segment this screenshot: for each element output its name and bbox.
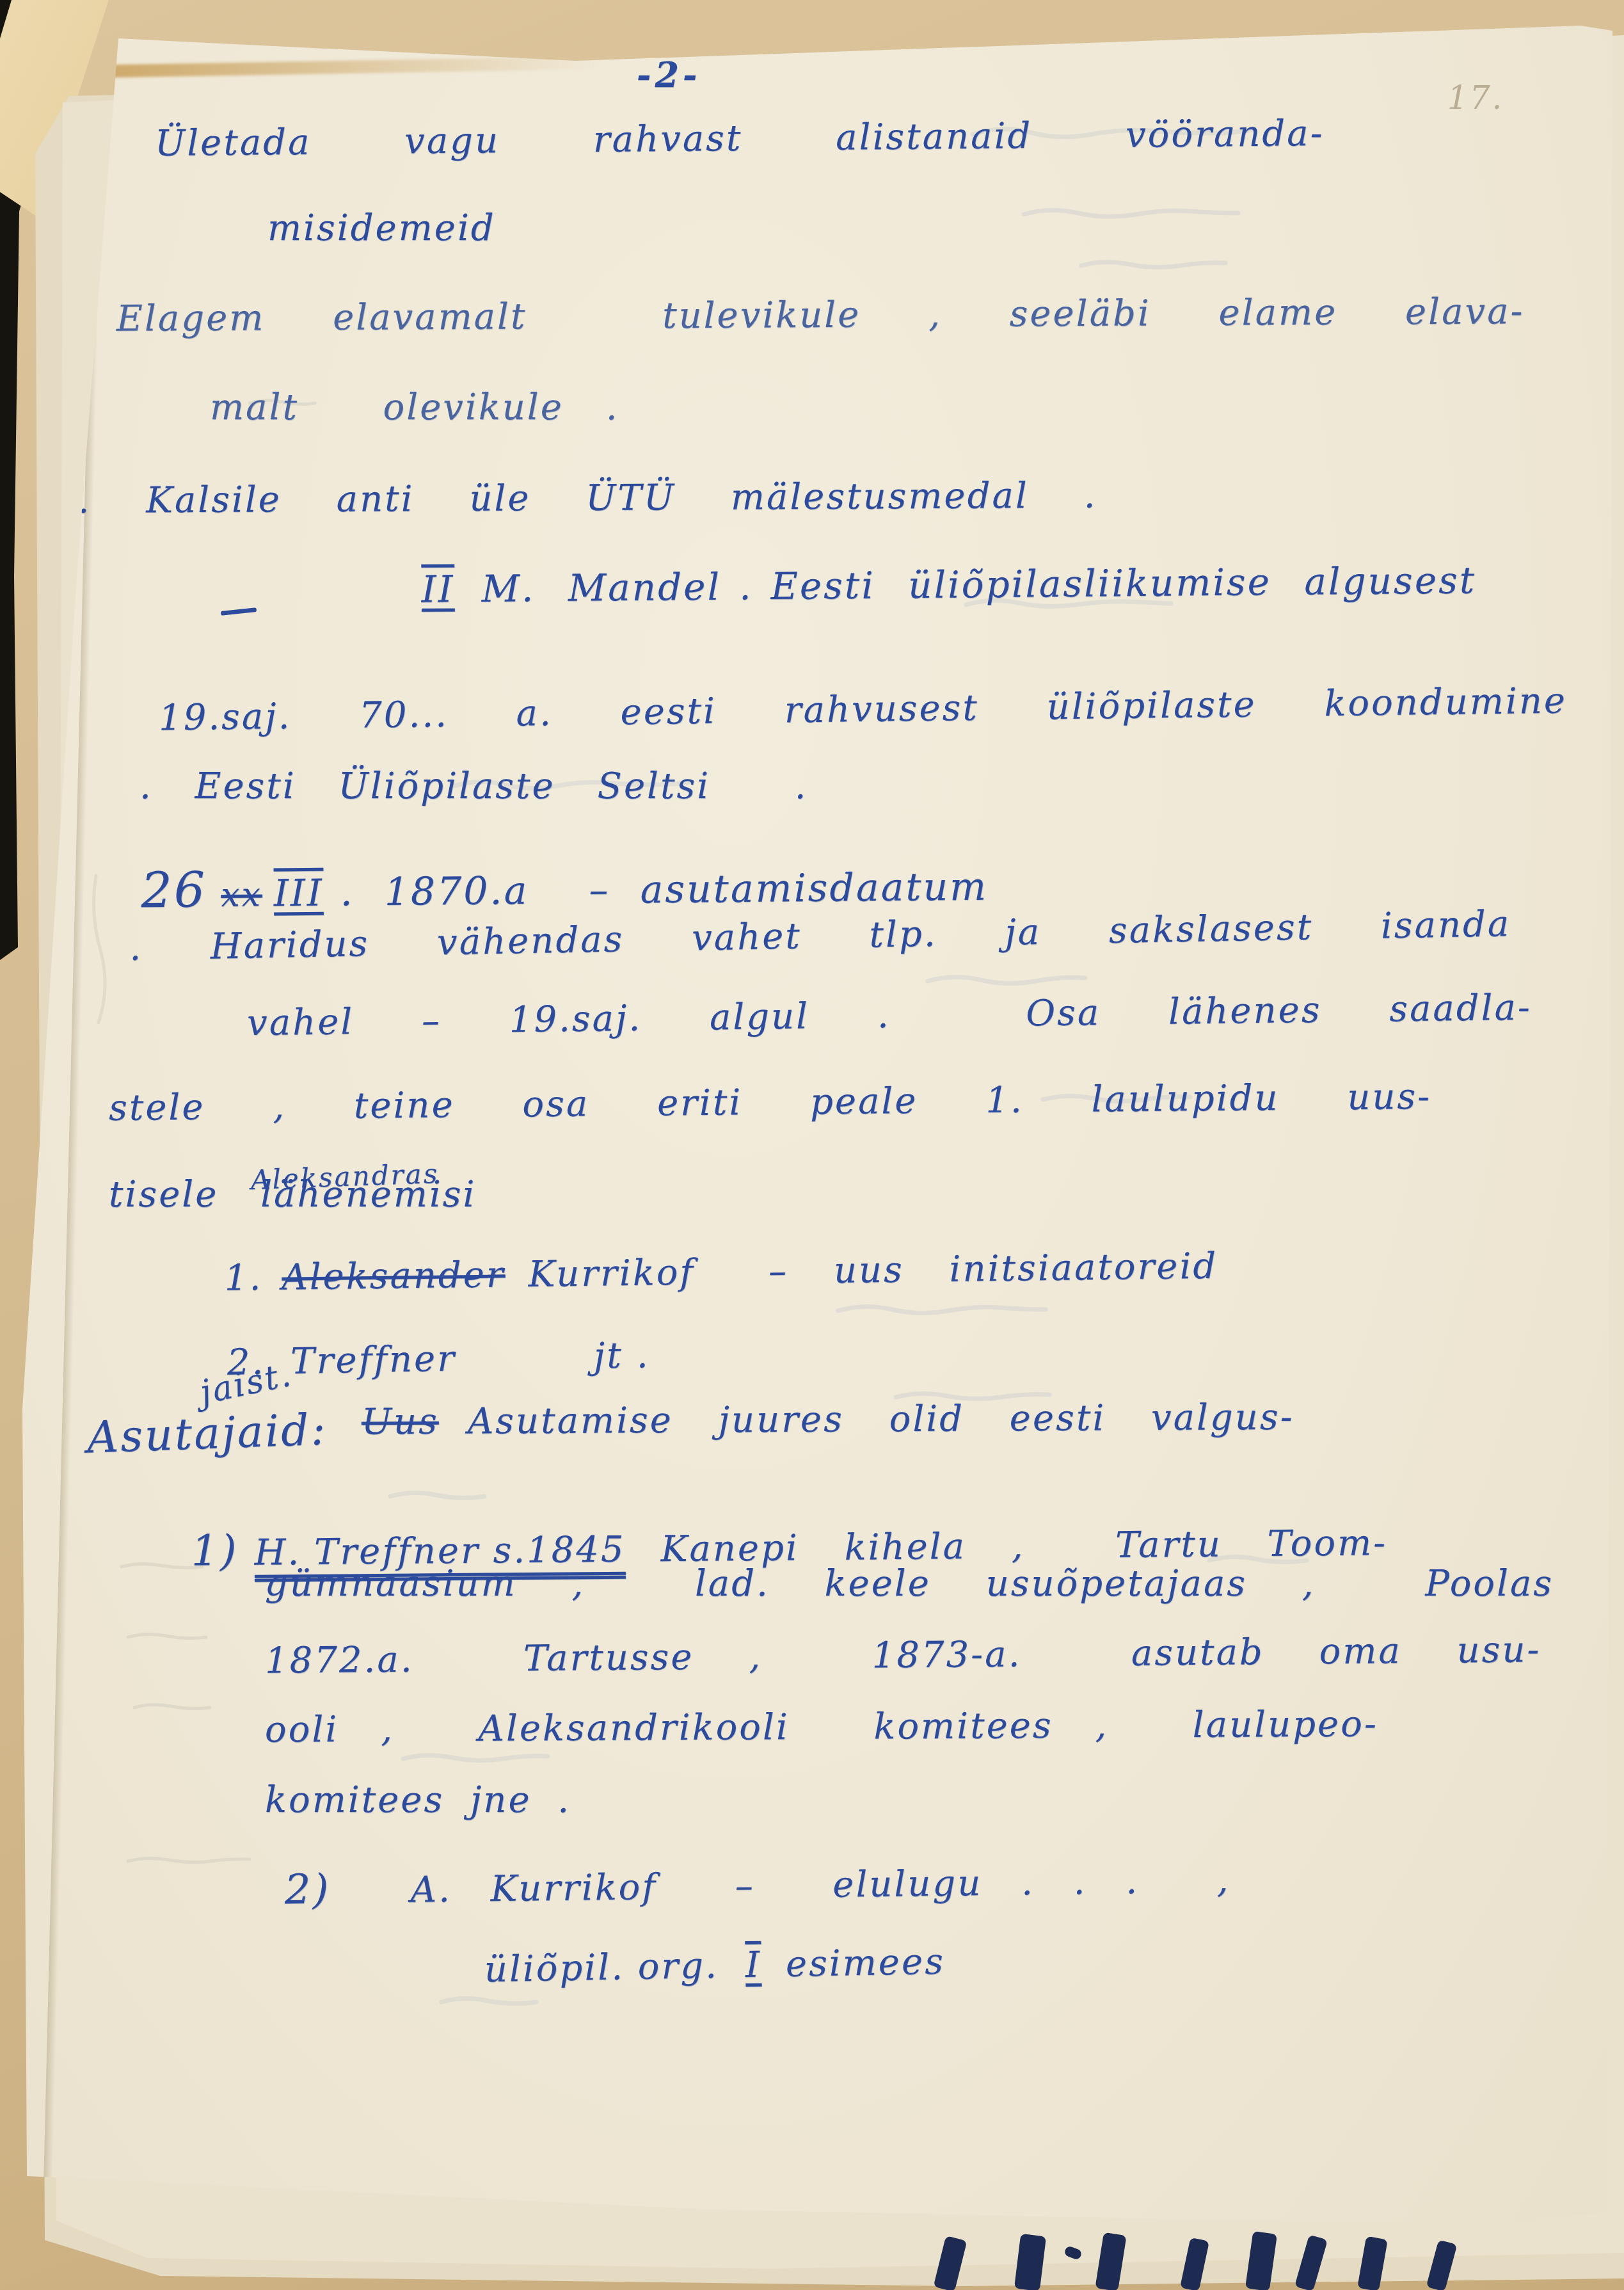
item-number: 1. [224, 1257, 262, 1299]
item-name: Kurrikof [528, 1251, 695, 1295]
handwritten-line: vahel – 19.saj. algul . Osa lähenes saad… [247, 988, 1532, 1043]
item-note: – uus initsiaatoreid [768, 1245, 1218, 1292]
handwritten-line: misidemeid [267, 209, 496, 248]
date-struck-text: xx [221, 876, 262, 915]
handwritten-line: 19.saj. 70... a. eesti rahvusest üliõpil… [159, 682, 1568, 738]
handwritten-line: malt olevikule . [210, 388, 619, 428]
notebook-page: -2- 17. 3) Ületada vagu rahvast alistana… [0, 0, 1624, 2290]
heading-roman-numeral: II [421, 567, 454, 611]
line-post: esimees [785, 1941, 945, 1985]
date-rest: . 1870.a – asutamisdaatum [340, 865, 988, 915]
handwritten-line: 1872.a. Tartusse , 1873-a. asutab oma us… [265, 1630, 1541, 1681]
heading-title: Eesti üliõpilasliikumise algusest [770, 558, 1476, 608]
handwritten-line: gümnaasium , lad. keele usuõpetajaas , P… [265, 1564, 1554, 1604]
page-number: -2- [637, 56, 701, 94]
handwritten-line: UusAsutamise juures olid eesti valgus- [282, 1358, 1294, 1482]
handwritten-line: üliõpil. org.Iesimees [403, 1903, 946, 2030]
handwritten-line: komitees jne . [265, 1781, 571, 1820]
heading-author: M. Mandel [481, 565, 721, 611]
corner-folio-number: 17. [1447, 81, 1504, 116]
line-pre: üliõpil. org. [484, 1944, 719, 1990]
handwritten-line: A. Kalsile anti üle ÜTÜ mälestusmedal . [50, 476, 1097, 521]
section-heading: IIM. Mandel.Eesti üliõpilasliikumise alg… [223, 519, 1477, 652]
scanned-notebook-page: -2- 17. 3) Ületada vagu rahvast alistana… [0, 0, 1624, 2290]
line-rest: Asutamise juures olid eesti valgus- [468, 1396, 1294, 1442]
heading-separator: . [739, 564, 753, 608]
handwritten-line: . Eesti Üliõpilaste Seltsi . [139, 767, 808, 806]
date-day: 26 [141, 861, 207, 918]
date-month-roman: III [274, 871, 324, 915]
aged-edge-stain [77, 56, 601, 78]
struck-word: Uus [362, 1400, 439, 1443]
inserted-correction: Aleksandras [250, 1159, 440, 1195]
handwritten-line: stele , teine osa eriti peale 1. laulupi… [109, 1077, 1432, 1128]
item-text: A. Kurrikof – elulugu . . . , [410, 1859, 1230, 1911]
struck-name: Aleksander [282, 1254, 506, 1298]
roman-numeral-first: I [745, 1944, 761, 1985]
item-number: 2) [284, 1866, 331, 1914]
label-asutajaid: Asutajaid: [86, 1406, 328, 1462]
handwritten-line: ooli , Aleksandrikooli komitees , laulup… [265, 1704, 1378, 1750]
handwritten-line: Elagem elavamalt tulevikule , seeläbi el… [116, 292, 1525, 339]
item-number: 1) [191, 1526, 239, 1576]
handwritten-line: Ületada vagu rahvast alistanaid vööranda… [155, 114, 1325, 164]
